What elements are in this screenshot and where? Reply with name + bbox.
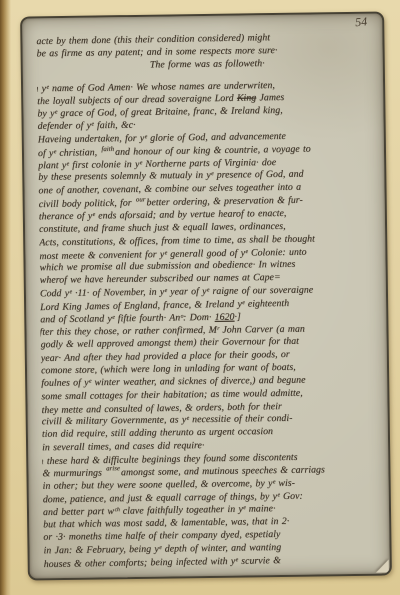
manuscript-text: acte by them done (this their condition …: [36, 31, 384, 575]
book-spine-shadow: [0, 0, 11, 595]
scanned-book-photo: { "colors": { "mat": "#e2d1a1", "paper":…: [0, 0, 400, 595]
page-number: 54: [355, 14, 368, 30]
page-corner-fold-icon: [376, 559, 389, 572]
manuscript-page: 54 acte by them done (this their conditi…: [20, 11, 392, 580]
